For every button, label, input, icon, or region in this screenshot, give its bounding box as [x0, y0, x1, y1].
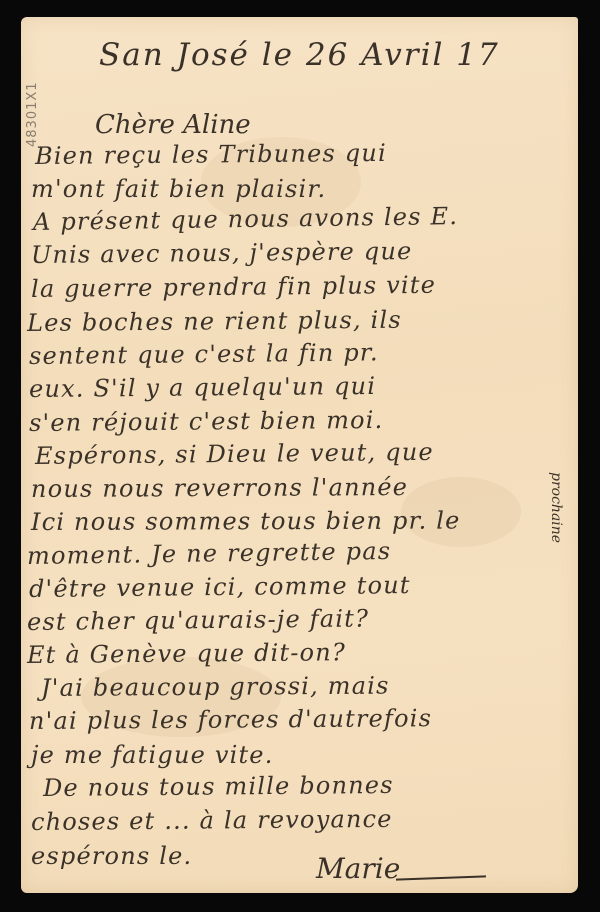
letter-line: Espérons, si Dieu le veut, que [35, 438, 434, 470]
letter-line: Ici nous sommes tous bien pr. le [31, 507, 461, 536]
letter-line: Bien reçu les Tribunes qui [35, 139, 387, 170]
letter-line: est cher qu'aurais-je fait? [27, 604, 369, 636]
letter-line: Et à Genève que dit-on? [27, 638, 346, 669]
letter-line: sentent que c'est la fin pr. [29, 338, 379, 370]
margin-continuation: prochaine [548, 472, 564, 543]
letter-line: je me fatigue vite. [31, 741, 274, 769]
letter-line: J'ai beaucoup grossi, mais [41, 672, 390, 702]
scan-background: 48301X1 San José le 26 Avril 17 Chère Al… [0, 0, 600, 912]
pencil-catalog-number: 48301X1 [25, 37, 45, 147]
postcard: 48301X1 San José le 26 Avril 17 Chère Al… [21, 17, 578, 893]
letter-line: De nous tous mille bonnes [43, 771, 394, 802]
letter-line: Les boches ne rient plus, ils [27, 306, 402, 337]
letter-line: Unis avec nous, j'espère que [31, 237, 413, 269]
letter-line: d'être venue ici, comme tout [29, 571, 411, 603]
salutation: Chère Aline [95, 110, 251, 140]
letter-line: n'ai plus les forces d'autrefois [29, 704, 432, 735]
letter-line: choses et ... à la revoyance [31, 805, 393, 836]
letter-line: la guerre prendra fin plus vite [31, 271, 436, 303]
letter-line: nous nous reverrons l'année [31, 473, 408, 503]
letter-line: A présent que nous avons les E. [33, 202, 458, 236]
letter-line: espérons le. [31, 842, 192, 870]
letter-line: s'en réjouit c'est bien moi. [29, 406, 384, 437]
dateline: San José le 26 Avril 17 [99, 37, 500, 73]
signature: Marie [316, 852, 400, 885]
letter-line: m'ont fait bien plaisir. [31, 175, 326, 203]
letter-line: moment. Je ne regrette pas [27, 537, 392, 570]
letter-line: eux. S'il y a quelqu'un qui [29, 372, 376, 403]
signature-flourish [396, 875, 486, 880]
